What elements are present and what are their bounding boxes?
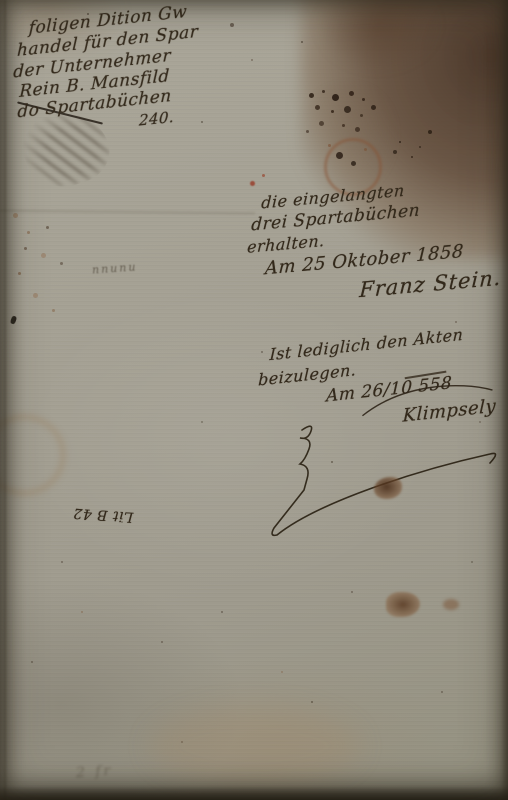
faint-stain-dot (443, 599, 459, 610)
seal-smudge (298, 84, 398, 196)
right-edge-shade (501, 0, 508, 800)
document-photo: foligen Dition Gw handel für den Spar de… (0, 0, 508, 800)
signature-franz-stein: Franz Stein. (359, 266, 502, 303)
bottom-edge-shadow (0, 786, 508, 800)
stain-bottom-center (150, 706, 360, 786)
receipt-note: die eingelangten drei Spartabüchen erhal… (243, 174, 499, 330)
inverted-note: Lit B 42 (51, 485, 135, 525)
paraph-flourish (240, 418, 508, 550)
paper-speckles (0, 0, 2, 2)
rust-dot (262, 174, 265, 177)
fold-line (4, 0, 6, 800)
docket-note-line: 240. (139, 108, 175, 130)
seal-smudge-specks (298, 84, 301, 87)
footer-smudge: 2 fr (75, 763, 113, 782)
docket-note: foligen Dition Gw handel für den Spar de… (6, 0, 258, 150)
stain-top-right-inner (318, 0, 438, 70)
rust-dot (250, 181, 255, 186)
